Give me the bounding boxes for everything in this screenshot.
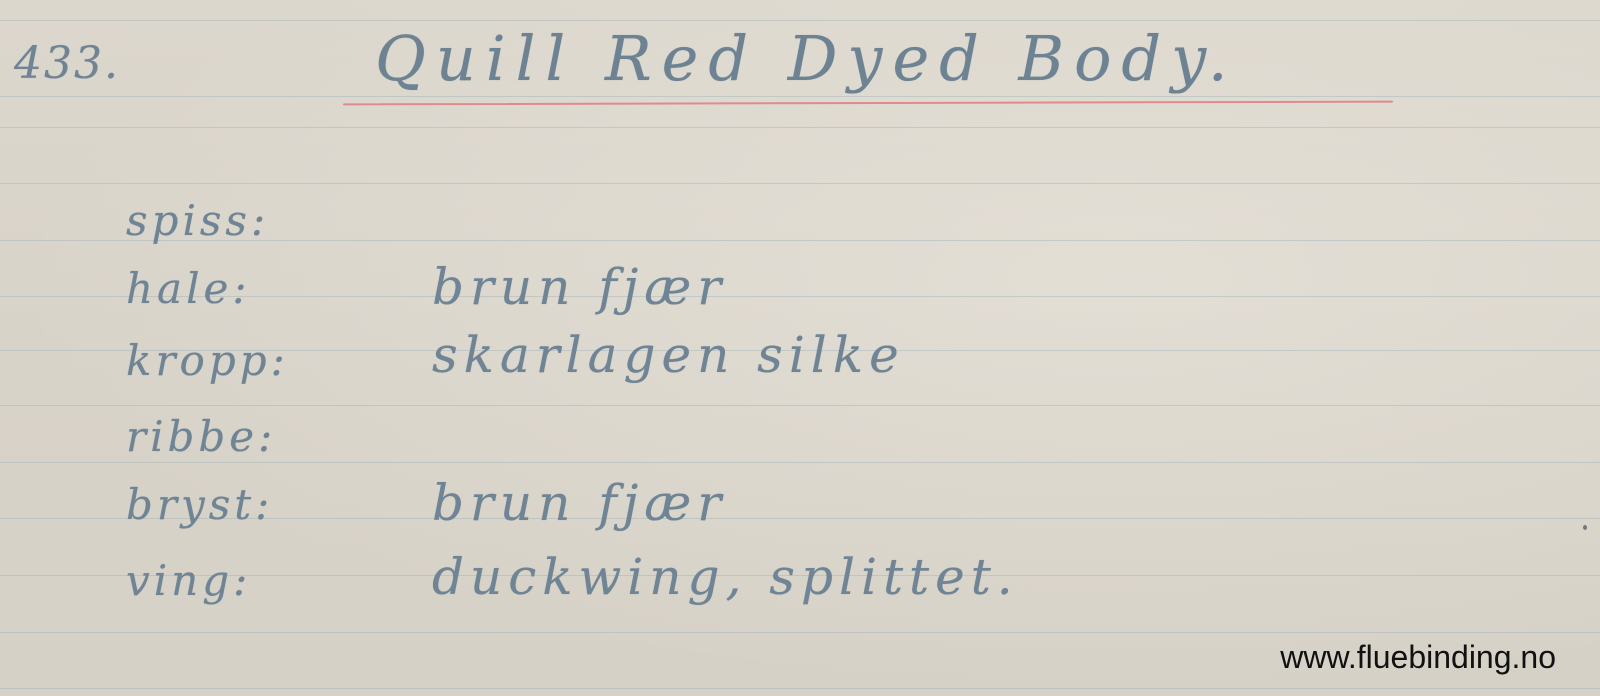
ruled-line <box>0 183 1600 184</box>
notebook-page: 433. Quill Red Dyed Body. spiss: hale: b… <box>0 0 1600 696</box>
field-label-hale: hale: <box>126 264 251 313</box>
field-label-bryst: bryst: <box>126 480 273 529</box>
field-label-ribbe: ribbe: <box>126 412 276 461</box>
field-label-ving: ving: <box>126 556 251 605</box>
ruled-line <box>0 96 1600 97</box>
field-value-hale: brun fjær <box>432 258 727 316</box>
ruled-line <box>0 688 1600 689</box>
ruled-line <box>0 632 1600 633</box>
field-value-kropp: skarlagen silke <box>432 326 905 384</box>
ink-dot <box>1583 525 1587 530</box>
ruled-line <box>0 20 1600 21</box>
ruled-line <box>0 462 1600 463</box>
field-label-spiss: spiss: <box>126 196 269 245</box>
ruled-line <box>0 405 1600 406</box>
field-value-bryst: brun fjær <box>432 474 727 532</box>
fly-title: Quill Red Dyed Body. <box>375 22 1238 95</box>
field-value-ving: duckwing, splittet. <box>432 548 1019 606</box>
entry-number: 433. <box>14 38 120 89</box>
field-label-kropp: kropp: <box>126 336 289 385</box>
ruled-line <box>0 127 1600 128</box>
title-underline <box>343 101 1393 106</box>
watermark-link[interactable]: www.fluebinding.no <box>1280 639 1556 676</box>
